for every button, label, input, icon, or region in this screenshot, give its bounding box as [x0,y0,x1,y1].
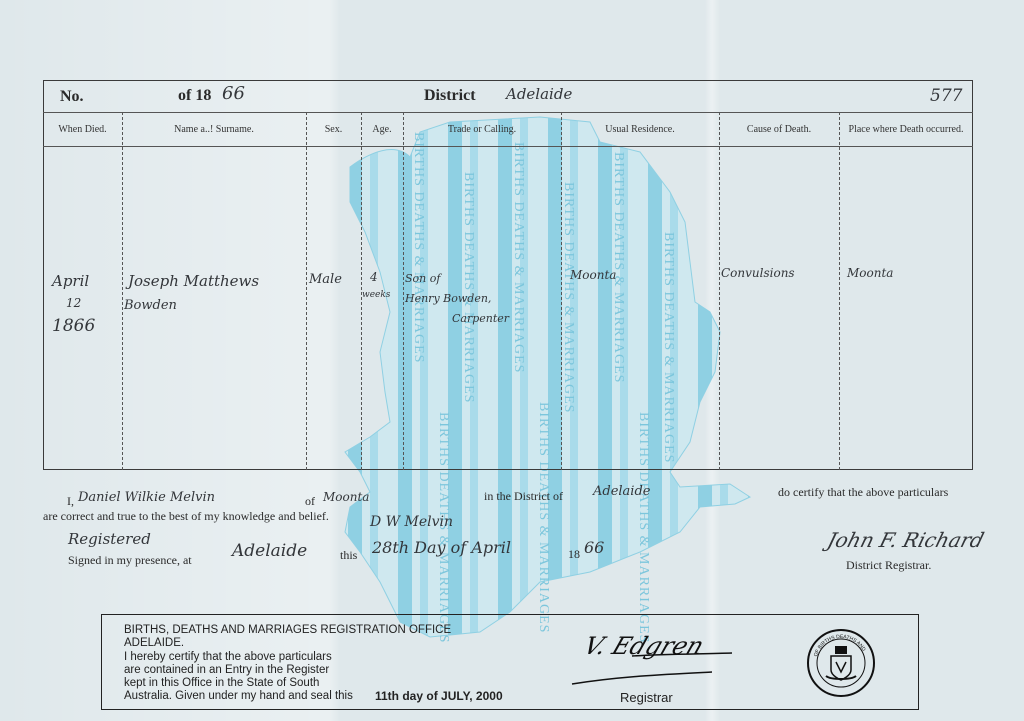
this-label: this [340,548,357,563]
column-separator [306,112,307,470]
signed-in-presence-label: Signed in my presence, at [68,553,192,568]
certification-text-line4: Australia. Given under my hand and seal … [124,690,353,703]
certification-date: 11th day of JULY, 2000 [375,690,503,703]
registration-year-value: 66 [584,538,604,557]
name-first: Joseph Matthews [128,272,259,290]
informant-district-label: in the District of [484,489,563,504]
signature-flourish [562,636,742,692]
header-divider [43,112,973,113]
certification-text-line2: are contained in an Entry in the Registe… [124,664,329,677]
district-registrar-title: District Registrar. [846,558,931,573]
certification-text-line3: kept in this Office in the State of Sout… [124,677,319,690]
informant-of-value: Moonta [323,490,369,504]
registration-place: Adelaide [232,541,307,561]
year-value: 66 [222,83,245,104]
certificate-paper: BIRTHS DEATHS & MARRIAGES BIRTHS DEATHS … [0,0,1024,721]
informant-certify-text: do certify that the above particulars [778,485,948,500]
informant-correct-text: are correct and true to the best of my k… [43,509,329,524]
informant-of-label: of [305,494,315,509]
trade-line2: Henry Bowden, [405,292,491,305]
trade-line3: Carpenter [452,312,509,325]
age-unit: weeks [362,290,390,300]
column-header-place: Place where Death occurred. [839,124,973,135]
district-label: District [424,87,476,105]
year-label: of 18 [178,87,211,105]
registration-year-prefix: 18 [568,547,580,562]
when-died-month: April [52,272,89,290]
name-surname: Bowden [124,298,177,313]
column-header-residence: Usual Residence. [561,124,719,135]
informant-prefix: I, [67,494,74,509]
column-header-when-died: When Died. [43,124,122,135]
when-died-day: 12 [66,296,81,310]
registration-office-seal-icon: OF BIRTHS DEATHS AND [806,628,876,698]
column-separator [561,112,562,470]
informant-signature: D W Melvin [370,514,453,530]
office-name: BIRTHS, DEATHS AND MARRIAGES REGISTRATIO… [124,624,451,637]
column-header-divider [43,146,973,147]
usual-residence-value: Moonta [570,268,616,282]
informant-district-value: Adelaide [593,484,650,499]
number-label: No. [60,88,84,106]
trade-line1: Son of [405,272,440,285]
office-city: ADELAIDE. [124,637,184,650]
informant-name: Daniel Wilkie Melvin [78,490,215,505]
column-header-age: Age. [361,124,403,135]
column-header-cause: Cause of Death. [719,124,839,135]
district-registrar-signature: John F. Richard [825,528,987,552]
age-number: 4 [370,270,378,284]
column-separator [403,112,404,470]
registrar-title: Registrar [620,690,673,705]
when-died-year: 1866 [52,316,95,336]
registration-day: 28th Day of April [372,538,511,557]
registered-word: Registered [68,530,151,548]
cause-of-death-value: Convulsions [721,266,795,280]
entry-number: 577 [930,86,962,106]
certification-text-line1: I hereby certify that the above particul… [124,651,332,664]
column-separator [839,112,840,470]
sex-value: Male [309,272,342,287]
column-separator [719,112,720,470]
column-header-name: Name a..! Surname. [122,124,306,135]
column-header-sex: Sex. [306,124,361,135]
place-of-death-value: Moonta [847,266,893,280]
district-value: Adelaide [506,85,572,103]
column-header-trade: Trade or Calling. [403,124,561,135]
column-separator [122,112,123,470]
